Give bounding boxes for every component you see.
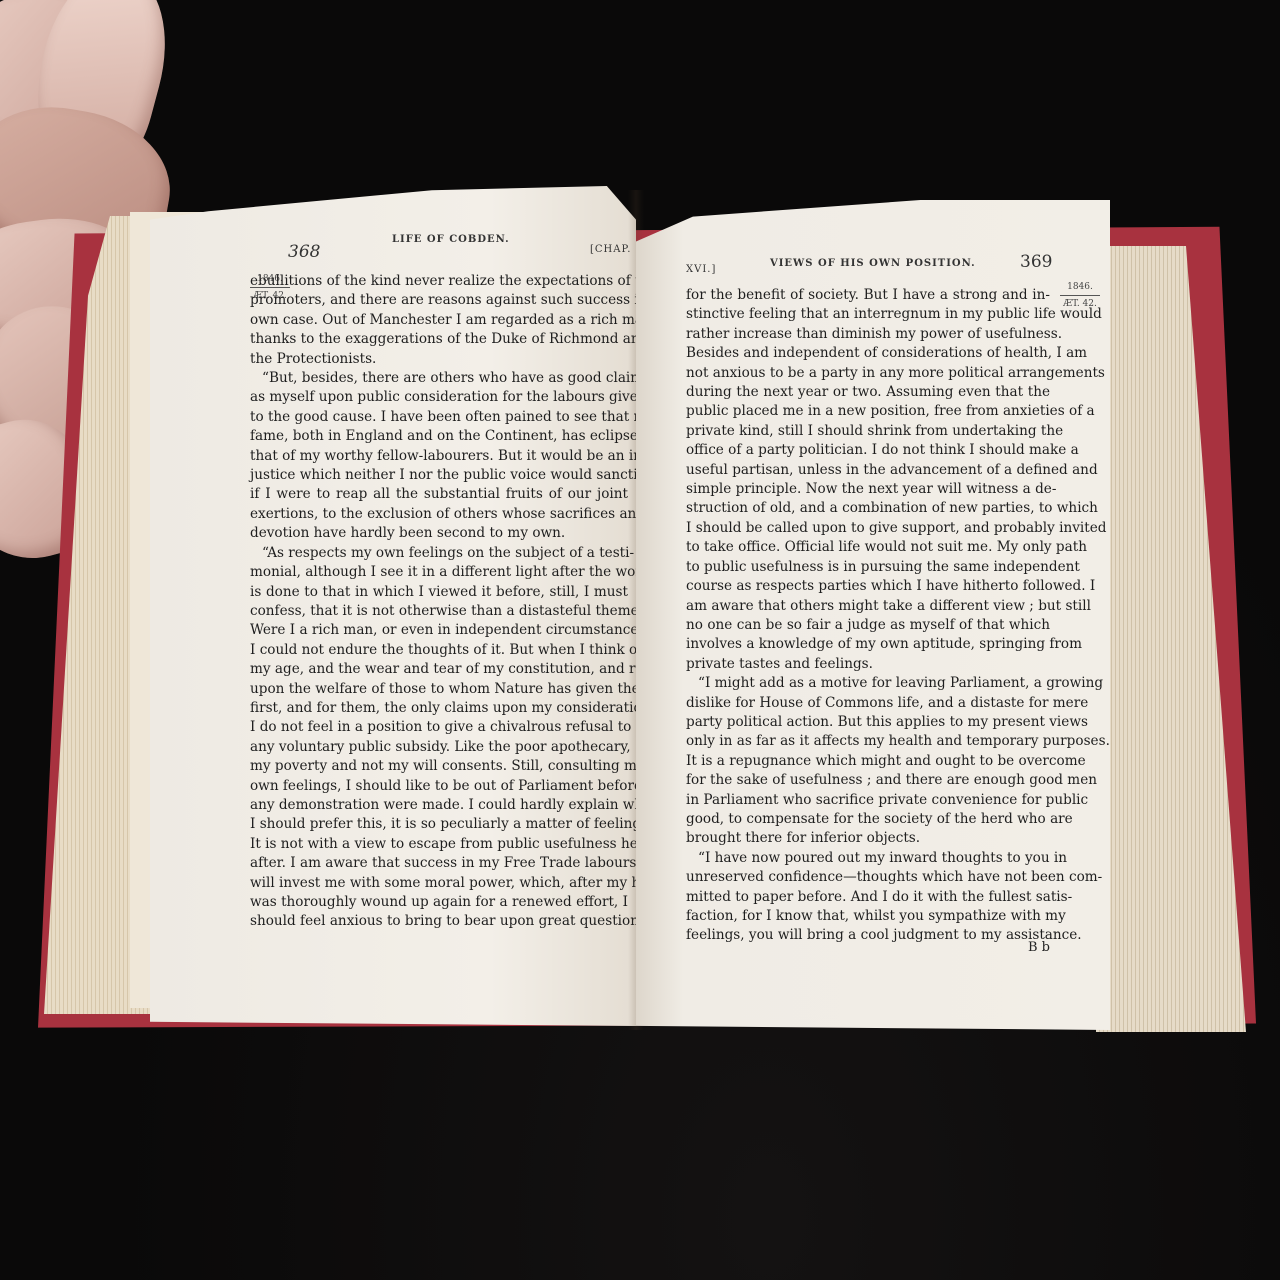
text-line: I could not endure the thoughts of it. B… xyxy=(250,641,628,660)
text-line: own feelings, I should like to be out of… xyxy=(250,777,628,796)
text-line: to take office. Official life would not … xyxy=(686,538,1050,557)
text-line: “But, besides, there are others who have… xyxy=(250,369,628,388)
text-line: justice which neither I nor the public v… xyxy=(250,466,628,485)
text-line: was thoroughly wound up again for a rene… xyxy=(250,893,628,912)
text-line: own case. Out of Manchester I am regarde… xyxy=(250,311,628,330)
text-line: course as respects parties which I have … xyxy=(686,577,1050,596)
text-line: for the benefit of society. But I have a… xyxy=(686,286,1050,305)
text-line: rather increase than diminish my power o… xyxy=(686,325,1050,344)
text-line: that of my worthy fellow-labourers. But … xyxy=(250,447,628,466)
left-page-body: ebullitions of the kind never realize th… xyxy=(250,272,628,932)
text-line: brought there for inferior objects. xyxy=(686,829,1050,848)
text-line: devotion have hardly been second to my o… xyxy=(250,524,628,543)
text-line: monial, although I see it in a different… xyxy=(250,563,628,582)
text-line: “As respects my own feelings on the subj… xyxy=(250,544,628,563)
chapter-mark: [CHAP. xyxy=(590,244,631,255)
text-line: any demonstration were made. I could har… xyxy=(250,796,628,815)
text-line: thanks to the exaggerations of the Duke … xyxy=(250,330,628,349)
text-line: ebullitions of the kind never realize th… xyxy=(250,272,628,291)
text-line: public placed me in a new position, free… xyxy=(686,402,1050,421)
text-line: if I were to reap all the substantial fr… xyxy=(250,485,628,504)
text-line: the Protectionists. xyxy=(250,350,628,369)
text-line: confess, that it is not otherwise than a… xyxy=(250,602,628,621)
text-line: “I might add as a motive for leaving Par… xyxy=(686,674,1050,693)
text-line: I do not feel in a position to give a ch… xyxy=(250,718,628,737)
text-line: only in as far as it affects my health a… xyxy=(686,732,1050,751)
right-page: XVI.] VIEWS OF HIS OWN POSITION. 369 184… xyxy=(636,200,1110,1030)
text-line: simple principle. Now the next year will… xyxy=(686,480,1050,499)
text-line: first, and for them, the only claims upo… xyxy=(250,699,628,718)
text-line: feelings, you will bring a cool judgment… xyxy=(686,926,1050,945)
text-line: my age, and the wear and tear of my cons… xyxy=(250,660,628,679)
text-line: upon the welfare of those to whom Nature… xyxy=(250,680,628,699)
chapter-mark: XVI.] xyxy=(686,264,716,275)
text-line: after. I am aware that success in my Fre… xyxy=(250,854,628,873)
text-line: my poverty and not my will consents. Sti… xyxy=(250,757,628,776)
text-line: party political action. But this applies… xyxy=(686,713,1050,732)
text-line: stinctive feeling that an interregnum in… xyxy=(686,305,1050,324)
margin-date-note: 1846. ÆT. 42. xyxy=(1060,282,1100,309)
running-head: LIFE OF COBDEN. xyxy=(392,234,510,245)
right-page-body: for the benefit of society. But I have a… xyxy=(686,286,1050,946)
text-line: is done to that in which I viewed it bef… xyxy=(250,583,628,602)
text-line: unreserved confidence—thoughts which hav… xyxy=(686,868,1050,887)
text-line: to the good cause. I have been often pai… xyxy=(250,408,628,427)
text-line: useful partisan, unless in the advanceme… xyxy=(686,461,1050,480)
text-line: during the next year or two. Assuming ev… xyxy=(686,383,1050,402)
signature-mark: B b xyxy=(1028,940,1050,955)
text-line: involves a knowledge of my own aptitude,… xyxy=(686,635,1050,654)
text-line: “I have now poured out my inward thought… xyxy=(686,849,1050,868)
text-line: private kind, still I should shrink from… xyxy=(686,422,1050,441)
text-line: It is a repugnance which might and ought… xyxy=(686,752,1050,771)
text-line: will invest me with some moral power, wh… xyxy=(250,874,628,893)
text-line: am aware that others might take a differ… xyxy=(686,597,1050,616)
text-line: Were I a rich man, or even in independen… xyxy=(250,621,628,640)
text-line: fame, both in England and on the Contine… xyxy=(250,427,628,446)
text-line: Besides and independent of consideration… xyxy=(686,344,1050,363)
text-line: It is not with a view to escape from pub… xyxy=(250,835,628,854)
text-line: office of a party politician. I do not t… xyxy=(686,441,1050,460)
text-line: any voluntary public subsidy. Like the p… xyxy=(250,738,628,757)
text-line: dislike for House of Commons life, and a… xyxy=(686,694,1050,713)
page-number: 369 xyxy=(1020,252,1052,272)
text-line: I should be called upon to give support,… xyxy=(686,519,1050,538)
text-line: should feel anxious to bring to bear upo… xyxy=(250,912,628,931)
text-line: as myself upon public consideration for … xyxy=(250,388,628,407)
text-line: in Parliament who sacrifice private conv… xyxy=(686,791,1050,810)
running-head: VIEWS OF HIS OWN POSITION. xyxy=(770,258,976,269)
text-line: not anxious to be a party in any more po… xyxy=(686,364,1050,383)
text-line: good, to compensate for the society of t… xyxy=(686,810,1050,829)
text-line: exertions, to the exclusion of others wh… xyxy=(250,505,628,524)
text-line: promoters, and there are reasons against… xyxy=(250,291,628,310)
text-line: no one can be so fair a judge as myself … xyxy=(686,616,1050,635)
text-line: I should prefer this, it is so peculiarl… xyxy=(250,815,628,834)
text-line: for the sake of usefulness ; and there a… xyxy=(686,771,1050,790)
left-page: 368 LIFE OF COBDEN. [CHAP. 1846. ÆT. 42.… xyxy=(150,186,636,1026)
text-line: mitted to paper before. And I do it with… xyxy=(686,888,1050,907)
text-line: private tastes and feelings. xyxy=(686,655,1050,674)
text-line: to public usefulness is in pursuing the … xyxy=(686,558,1050,577)
text-line: faction, for I know that, whilst you sym… xyxy=(686,907,1050,926)
page-number: 368 xyxy=(288,242,320,262)
text-line: struction of old, and a combination of n… xyxy=(686,499,1050,518)
